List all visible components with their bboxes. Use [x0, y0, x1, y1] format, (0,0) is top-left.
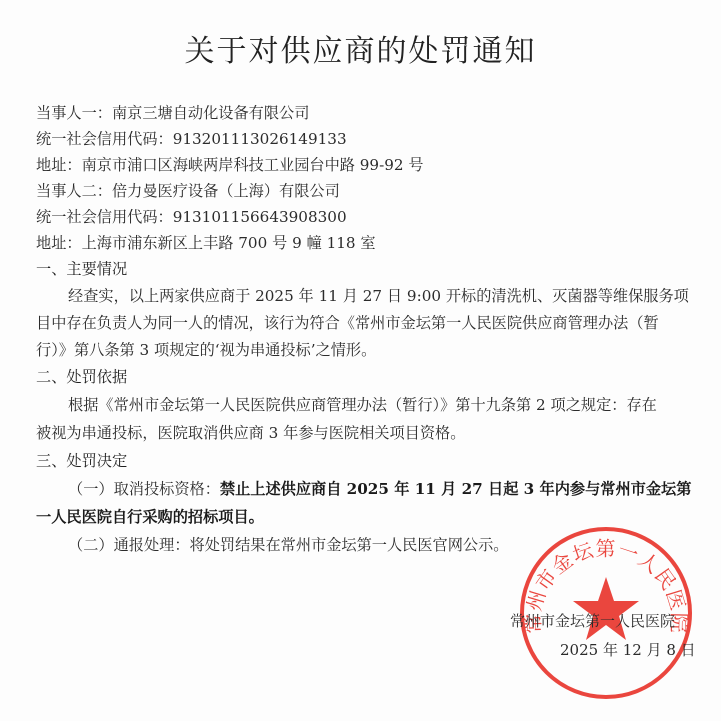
party-two-address-value: 上海市浦东新区上丰路 700 号 9 幢 118 室 [82, 234, 376, 252]
party-two-address: 地址：上海市浦东新区上丰路 700 号 9 幢 118 室 [36, 233, 376, 253]
party-two-label: 当事人二： [36, 182, 112, 200]
party-two-value: 倍力曼医疗设备（上海）有限公司 [112, 182, 340, 200]
section-1-heading: 一、主要情况 [36, 259, 127, 279]
party-one-credit-value: 913201113026149133 [173, 130, 347, 148]
party-one-address: 地址：南京市浦口区海峡两岸科技工业园台中路 99-92 号 [36, 155, 424, 175]
party-two-name: 当事人二：倍力曼医疗设备（上海）有限公司 [36, 181, 340, 201]
item-1-label: （一）取消投标资格： [68, 480, 220, 498]
section-2-line-1: 根据《常州市金坛第一人民医院供应商管理办法（暂行）》第十九条第 2 项之规定：存… [68, 395, 657, 415]
party-two-address-label: 地址： [36, 234, 82, 252]
party-one-label: 当事人一： [36, 104, 112, 122]
signature-org: 常州市金坛第一人民医院 [510, 610, 675, 631]
party-one-name: 当事人一：南京三塘自动化设备有限公司 [36, 103, 309, 123]
document-title: 关于对供应商的处罚通知 [0, 26, 721, 70]
party-one-credit-code: 统一社会信用代码：913201113026149133 [36, 129, 347, 149]
section-2-line-2: 被视为串通投标，医院取消供应商 3 年参与医院相关项目资格。 [36, 423, 465, 443]
party-two-credit-value: 913101156643908300 [173, 208, 347, 226]
party-two-credit-label: 统一社会信用代码： [36, 208, 173, 226]
party-one-address-label: 地址： [36, 156, 82, 174]
section-3-heading: 三、处罚决定 [36, 451, 127, 471]
party-one-credit-label: 统一社会信用代码： [36, 130, 173, 148]
document-page: 关于对供应商的处罚通知 当事人一：南京三塘自动化设备有限公司 统一社会信用代码：… [0, 0, 721, 721]
section-3-item-2: （二）通报处理：将处罚结果在常州市金坛第一人民医官网公示。 [68, 535, 508, 555]
section-2-heading: 二、处罚依据 [36, 367, 127, 387]
section-3-item-1: （一）取消投标资格：禁止上述供应商自 2025 年 11 月 27 日起 3 年… [68, 479, 691, 499]
section-1-line-2: 目中存在负责人为同一人的情况，该行为符合《常州市金坛第一人民医院供应商管理办法（… [36, 313, 659, 333]
section-1-line-1: 经查实，以上两家供应商于 2025 年 11 月 27 日 9:00 开标的清洗… [68, 286, 689, 306]
party-one-value: 南京三塘自动化设备有限公司 [112, 104, 309, 122]
section-1-line-3: 行）》第八条第 3 项规定的‘视为串通投标’之情形。 [36, 340, 376, 360]
signature-date: 2025 年 12 月 8 日 [560, 639, 696, 660]
item-1-decision: 禁止上述供应商自 2025 年 11 月 27 日起 3 年内参与常州市金坛第 [220, 480, 692, 498]
party-one-address-value: 南京市浦口区海峡两岸科技工业园台中路 99-92 号 [82, 156, 424, 174]
party-two-credit-code: 统一社会信用代码：913101156643908300 [36, 207, 347, 227]
section-3-item-1-cont: 一人民医院自行采购的招标项目。 [36, 507, 264, 527]
